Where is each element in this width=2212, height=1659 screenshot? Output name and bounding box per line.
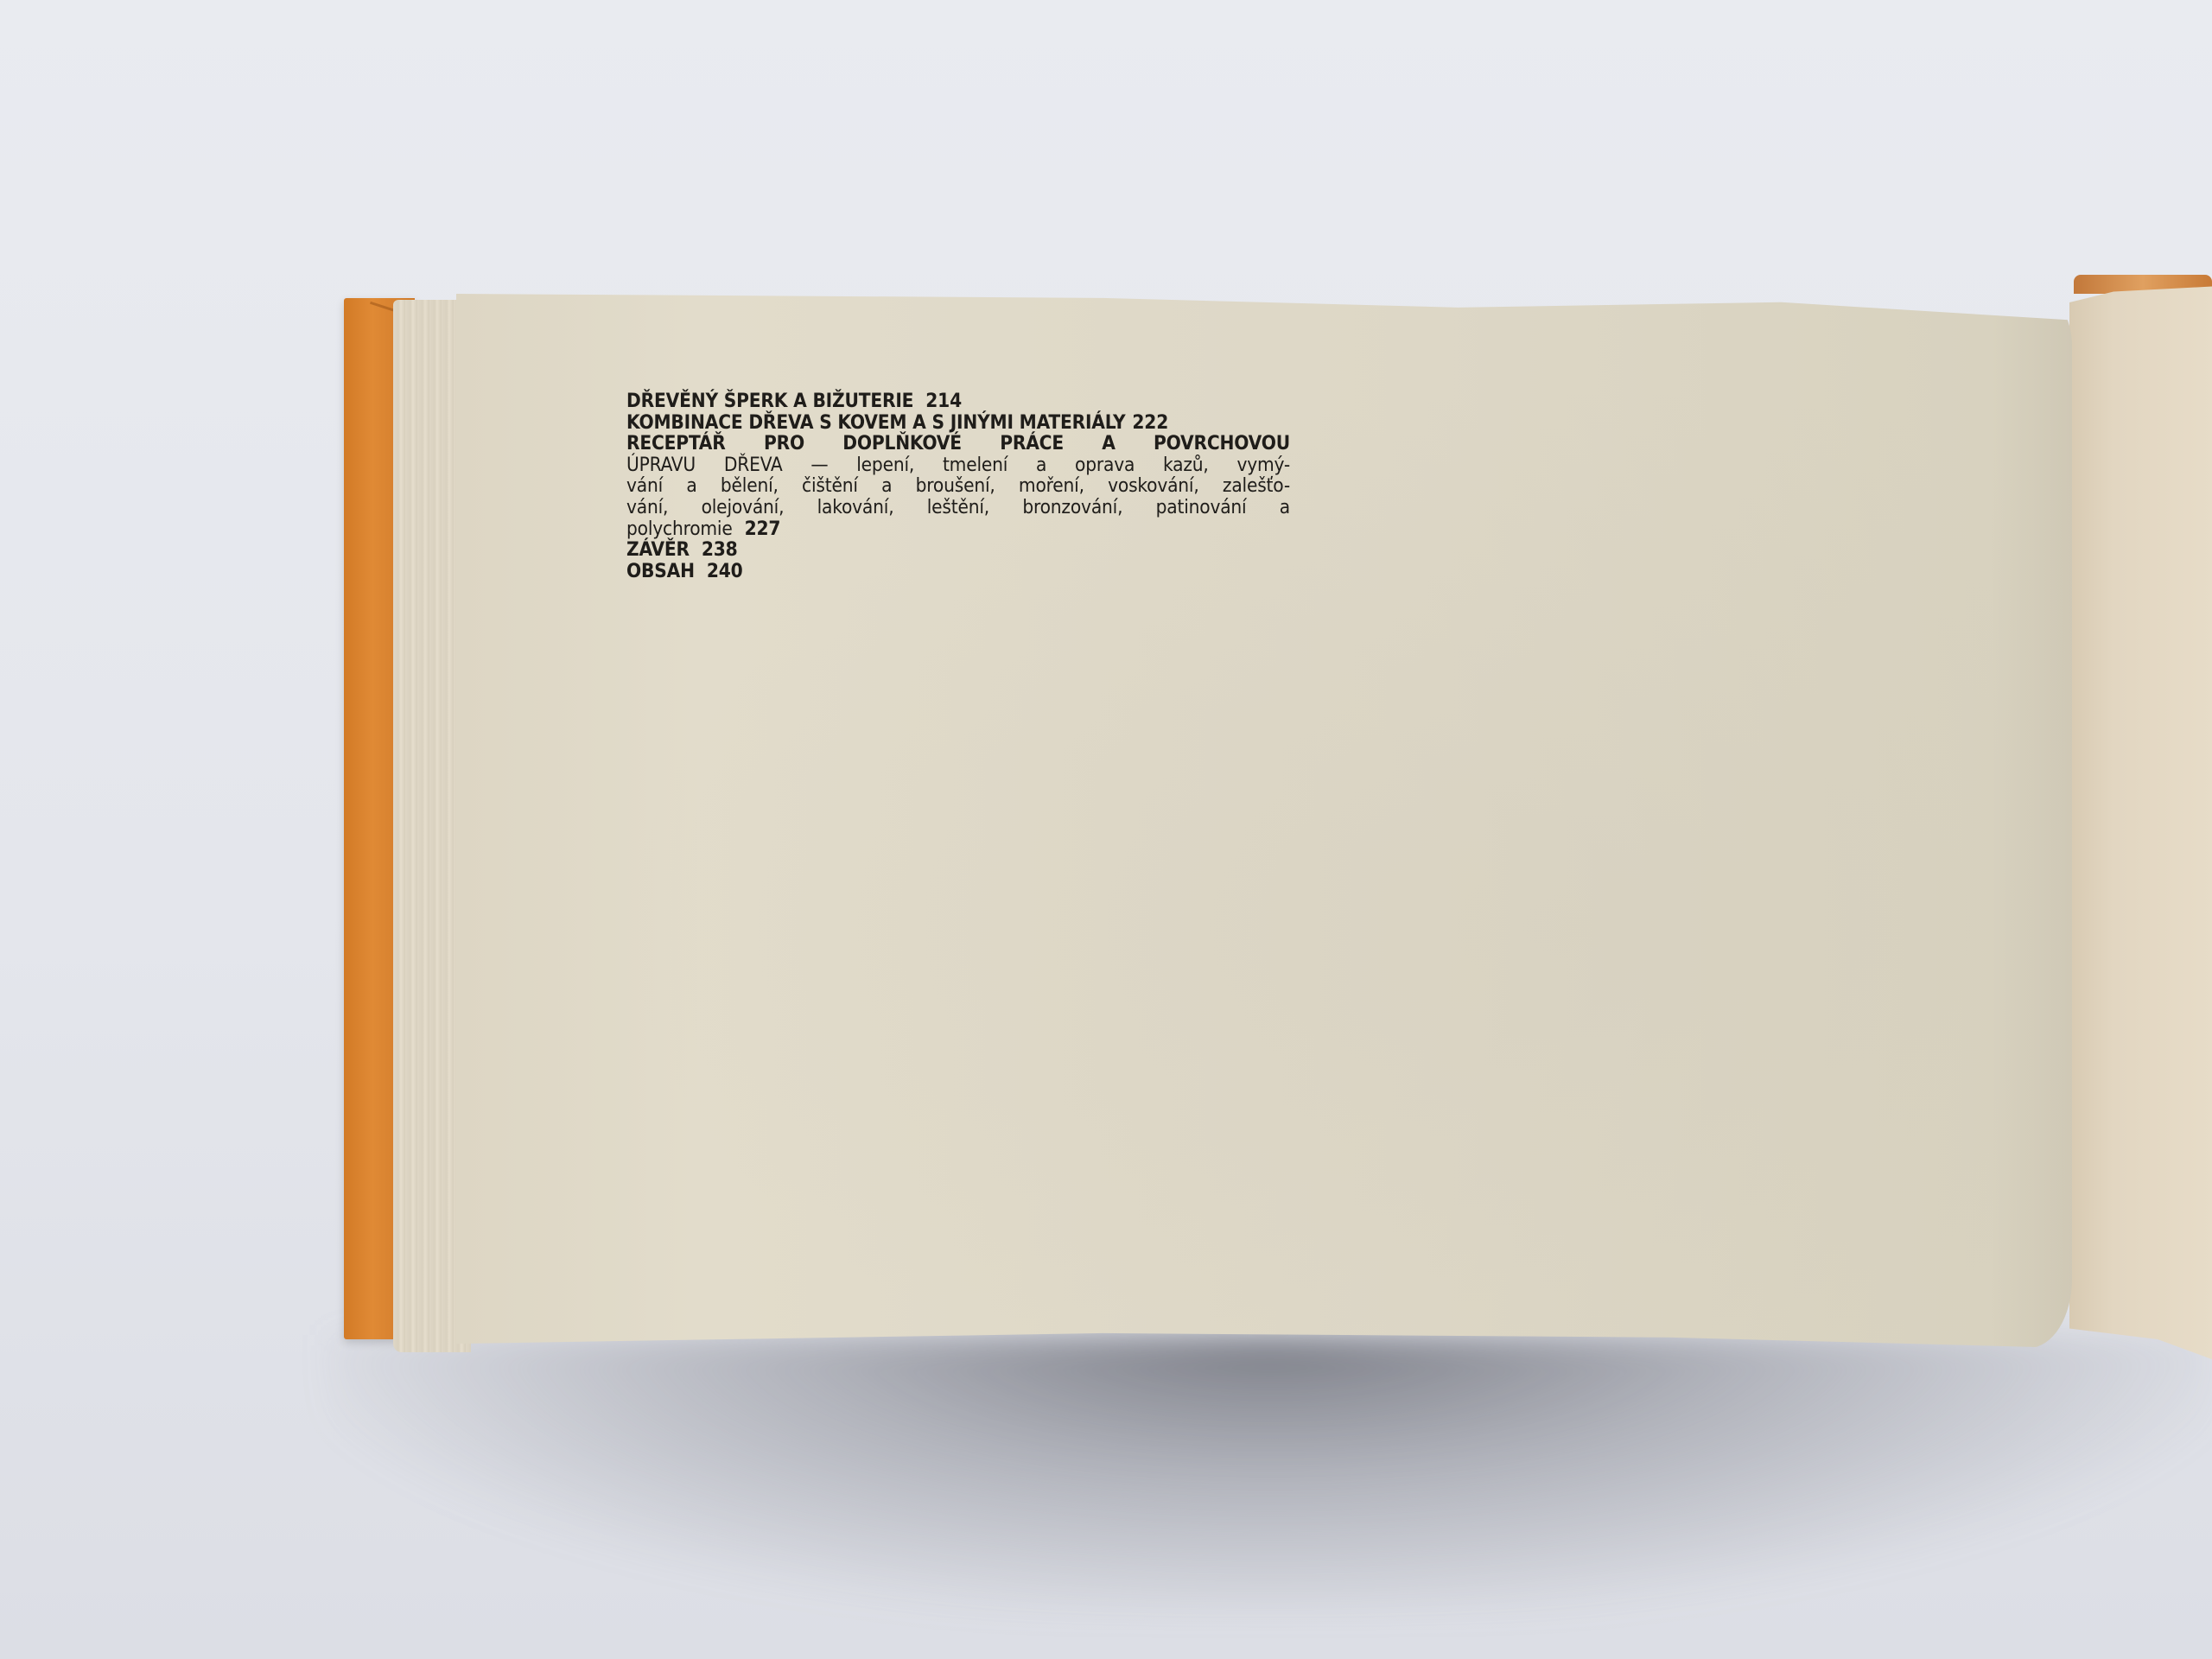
toc-entry-line: vání a bělení, čištění a broušení, mořen…	[626, 475, 1290, 497]
toc-entry-page: 227	[745, 518, 781, 540]
toc-entry-page: 214	[925, 390, 962, 412]
toc-entry-line: vání, olejování, lakování, leštění, bron…	[626, 497, 1290, 518]
photo-scene: DŘEVĚNÝ ŠPERK A BIŽUTERIE214 KOMBINACE D…	[0, 0, 2212, 1659]
toc-entry-page: 238	[702, 538, 738, 561]
toc-entry: KOMBINACE DŘEVA S KOVEM A S JINÝMI MATER…	[626, 412, 1290, 434]
toc-entry-title: DŘEVĚNÝ ŠPERK A BIŽUTERIE	[626, 390, 913, 412]
toc-entry: DŘEVĚNÝ ŠPERK A BIŽUTERIE214	[626, 391, 1290, 412]
toc-entry-page: 222	[1132, 411, 1168, 434]
toc-entry-line: ÚPRAVU DŘEVA — lepení, tmelení a oprava …	[626, 454, 1290, 476]
toc-entry-title: KOMBINACE DŘEVA S KOVEM A S JINÝMI MATER…	[626, 411, 1125, 434]
toc-entry: OBSAH240	[626, 561, 1290, 582]
toc-entry-title: OBSAH	[626, 560, 695, 582]
toc-entry-line: polychromie227	[626, 518, 1290, 540]
right-page	[2069, 281, 2212, 1361]
toc-entry-page: 240	[707, 560, 743, 582]
table-of-contents: DŘEVĚNÝ ŠPERK A BIŽUTERIE214 KOMBINACE D…	[626, 391, 1290, 582]
toc-entry: ZÁVĚR238	[626, 539, 1290, 561]
book-shadow	[328, 1335, 2212, 1611]
toc-entry-line-text: polychromie	[626, 518, 733, 540]
toc-entry-line: RECEPTÁŘ PRO DOPLŇKOVÉ PRÁCE A POVRCHOVO…	[626, 433, 1290, 454]
toc-entry-title: ZÁVĚR	[626, 538, 690, 561]
